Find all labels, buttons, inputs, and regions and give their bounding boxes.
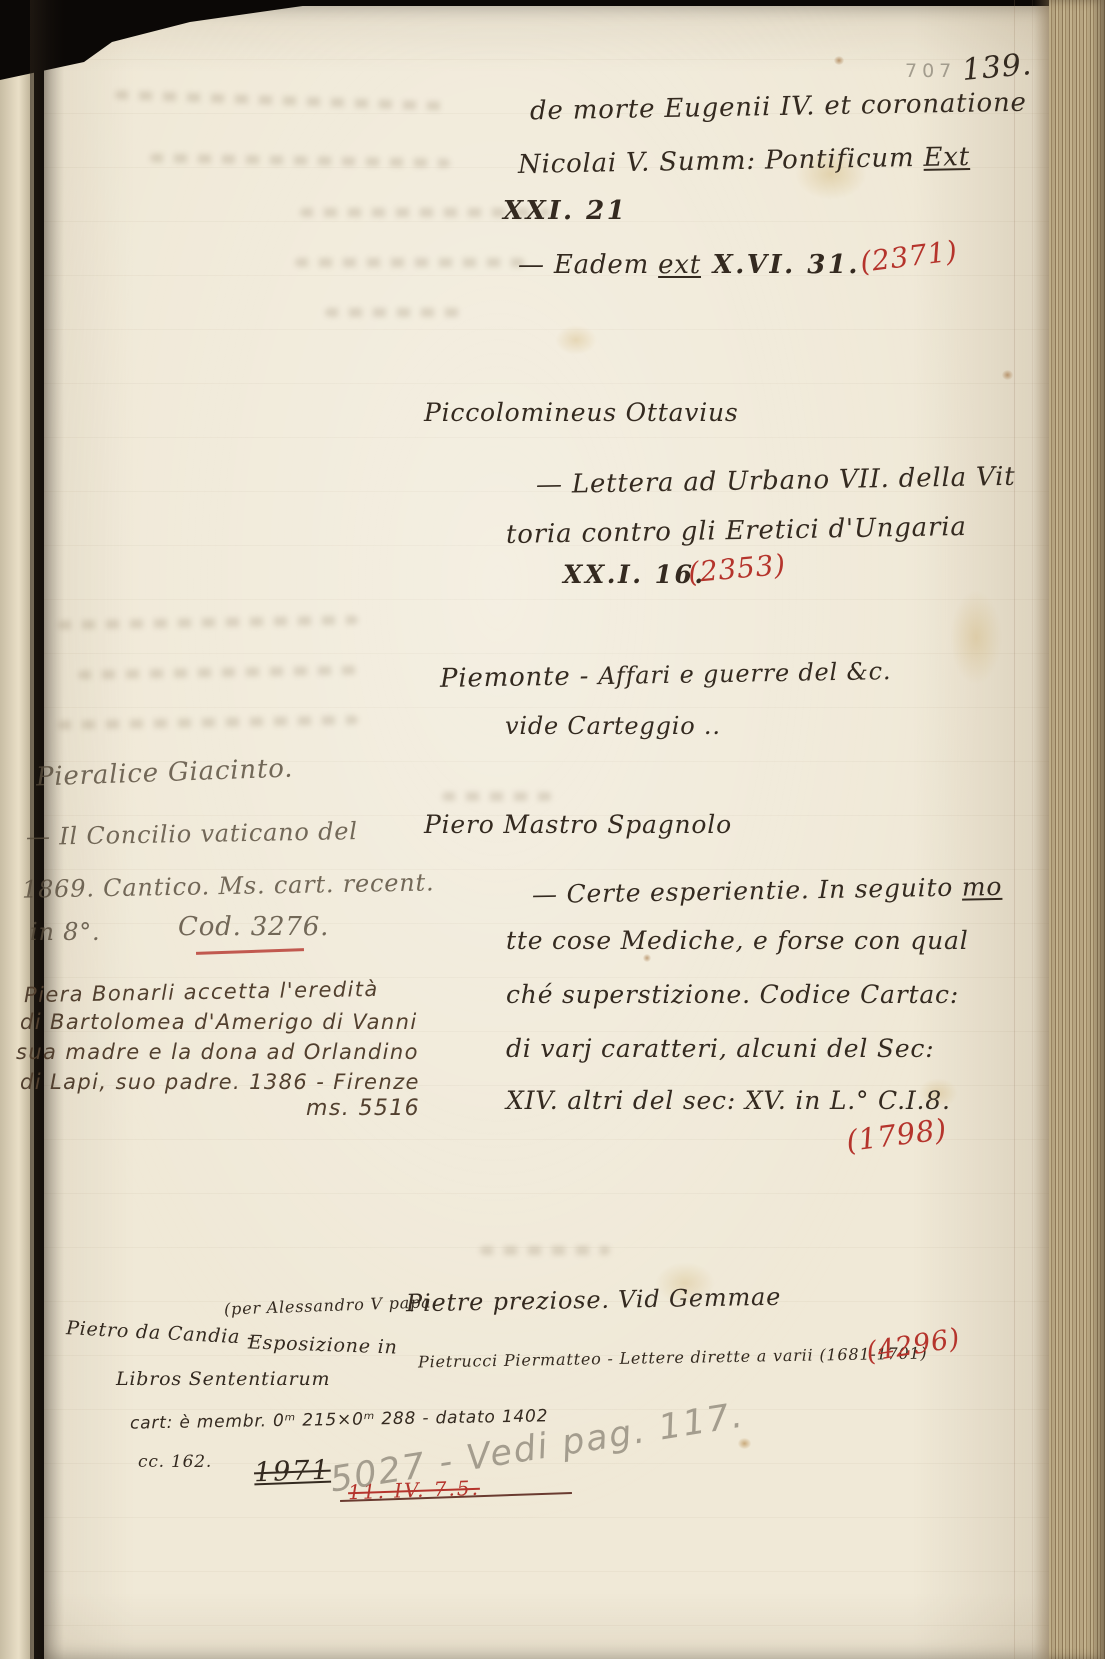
entry-candia-leaves: cc. 162. xyxy=(138,1452,212,1472)
entry-eugenii-ext-underlined: Ext xyxy=(923,142,970,173)
entry-pieromastro-line4: di varj caratteri, alcuni del Sec: xyxy=(506,1034,934,1063)
entry-candia-title2: Libros Sententiarum xyxy=(116,1368,330,1390)
note-piera-ms-number: ms. 5516 xyxy=(306,1096,420,1121)
archive-stamp-number: 707 xyxy=(905,60,956,82)
entry-pieralice-format: in 8°. xyxy=(30,918,100,946)
entry-pieromastro-line1-hyphen: mo xyxy=(962,872,1003,902)
folio-number: 139. xyxy=(961,47,1034,88)
note-piera-line2: di Bartolomea d'Amerigo di Vanni xyxy=(20,1010,418,1034)
entry-pieralice-codex: Cod. 3276. xyxy=(178,912,329,942)
note-piera-line4: di Lapi, suo padre. 1386 - Firenze xyxy=(20,1070,420,1094)
facing-page-edge xyxy=(0,58,34,1659)
entry-piemonte-name: Piemonte - xyxy=(440,661,599,694)
entry-pieromastro-line2: tte cose Mediche, e forse con qual xyxy=(506,926,969,955)
entry-pieromastro-line5: XIV. altri del sec: XV. in L.° C.I.8. xyxy=(506,1086,951,1115)
entry-piemonte-title: Affari e guerre del &c. xyxy=(598,657,892,690)
entry-piccolomineus-shelfmark: XX.I. 16. xyxy=(563,560,706,589)
scanned-catalog-photo: 707 139. de morte Eugenii IV. et coronat… xyxy=(0,0,1105,1659)
entry-eugenii-shelfmark: XXI. 21 xyxy=(503,196,627,226)
entry-pieromastro-line3: ché superstizione. Codice Cartac: xyxy=(506,980,959,1009)
entry-eugenii-shelfmark2: X.VI. 31. xyxy=(701,250,860,280)
entry-candia-old-number-struck: 1971 xyxy=(253,1455,331,1489)
entry-eugenii-eadem: — Eadem xyxy=(518,250,658,280)
entry-pieromastro-name: Piero Mastro Spagnolo xyxy=(424,810,732,839)
entry-piemonte-vide: vide Carteggio .. xyxy=(505,712,721,740)
book-fore-edge xyxy=(1049,0,1105,1659)
entry-eugenii-ext2-underlined: ext xyxy=(658,250,701,280)
entry-pieralice-line1: — Il Concilio vaticano del xyxy=(26,817,358,851)
entry-eugenii-line3: — Eadem ext X.VI. 31. xyxy=(518,250,860,280)
note-piera-line3: sua madre e la dona ad Orlandino xyxy=(16,1040,419,1064)
entry-piccolomineus-name: Piccolomineus Ottavius xyxy=(424,398,739,427)
